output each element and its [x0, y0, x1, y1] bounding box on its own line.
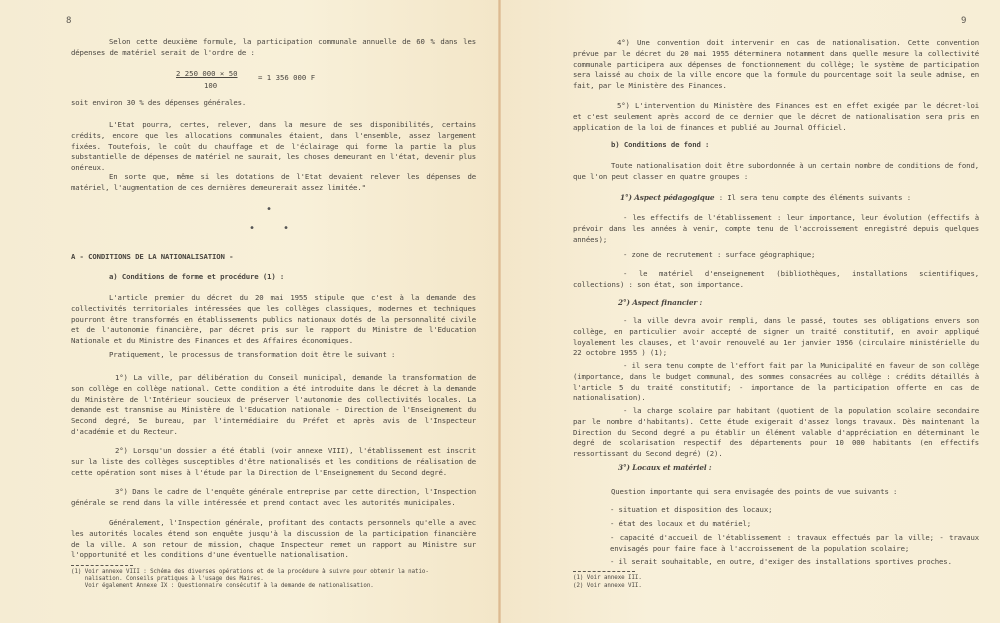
footnote-rule: [71, 565, 133, 566]
page-number: 8: [66, 16, 71, 26]
footnote-rule: [573, 571, 635, 572]
footnote-2: (2) Voir annexe VII.: [573, 583, 642, 591]
aspect-3-item-1: - situation et disposition des locaux;: [610, 505, 772, 516]
aspect-1-label: 1°) Aspect pédagogique: [620, 193, 714, 202]
step-4: 4°) Une convention doit intervenir en ca…: [573, 38, 979, 92]
aspect-1-item-2: - zone de recrutement : surface géograph…: [573, 250, 979, 261]
aspect-2-heading: 2°) Aspect financier :: [618, 298, 702, 309]
step-5: 5°) L'intervention du Ministère des Fina…: [573, 101, 979, 133]
formula-denominator: 100: [204, 81, 217, 90]
footnote-1-line-3: Voir également Annexe IX : Questionnaire…: [71, 583, 374, 591]
aspect-3-intro: Question importante qui sera envisagée d…: [611, 487, 897, 498]
page-gutter: [498, 0, 501, 623]
formula-result: = 1 356 000 F: [258, 73, 315, 82]
paragraph-etat: L'Etat pourra, certes, relever, dans la …: [71, 120, 476, 174]
section-heading: A - CONDITIONS DE LA NATIONALISATION -: [71, 252, 233, 263]
aspect-1-rest: : Il sera tenu compte des éléments suiva…: [714, 193, 911, 202]
step-1: 1°) La ville, par délibération du Consei…: [71, 373, 476, 438]
aspect-3-item-2: - état des locaux et du matériel;: [610, 519, 751, 530]
paragraph-sorte: En sorte que, même si les dotations de l…: [71, 172, 476, 194]
document-spread: 8 Selon cette deuxième formule, la parti…: [0, 0, 1000, 623]
aspect-1-item-3: - le matériel d'enseignement (bibliothèq…: [573, 269, 979, 291]
aspect-3-item-3: - capacité d'accueil de l'établissement …: [610, 533, 979, 555]
subsection-heading-a: a) Conditions de forme et procédure (1) …: [109, 272, 284, 283]
footnote-1: (1) Voir annexe III.: [573, 575, 642, 583]
aspect-3-heading: 3°) Locaux et matériel :: [618, 463, 711, 474]
aspect-2-item-1: - la ville devra avoir rempli, dans le p…: [573, 316, 979, 359]
aspect-1-heading: 1°) Aspect pédagogique : Il sera tenu co…: [620, 193, 911, 204]
aspect-2-item-2: - il sera tenu compte de l'effort fait p…: [573, 361, 979, 404]
left-page: 8 Selon cette deuxième formule, la parti…: [0, 0, 500, 623]
paragraph-generalement: Généralement, l'Inspection générale, pro…: [71, 518, 476, 561]
paragraph-toute: Toute nationalisation doit être subordon…: [573, 161, 979, 183]
step-3: 3°) Dans le cadre de l'enquête générale …: [71, 487, 476, 509]
right-page: 9 4°) Une convention doit intervenir en …: [500, 0, 1000, 623]
page-number: 9: [961, 16, 966, 26]
aspect-3-item-4: - il serait souhaitable, en outre, d'exi…: [610, 557, 952, 568]
step-2: 2°) Lorsqu'un dossier a été établi (voir…: [71, 446, 476, 478]
subsection-heading-b: b) Conditions de fond :: [611, 140, 709, 151]
paragraph-article: L'article premier du décret du 20 mai 19…: [71, 293, 476, 347]
intro-paragraph: Selon cette deuxième formule, la partici…: [71, 37, 476, 59]
aspect-2-item-3: - la charge scolaire par habitant (quoti…: [573, 406, 979, 460]
aspect-1-item-1: - les effectifs de l'établissement : leu…: [573, 213, 979, 245]
after-formula-text: soit environ 30 % des dépenses générales…: [71, 98, 476, 109]
paragraph-pratiquement: Pratiquement, le processus de transforma…: [109, 350, 395, 361]
formula-numerator: 2 250 000 × 50: [176, 69, 238, 78]
